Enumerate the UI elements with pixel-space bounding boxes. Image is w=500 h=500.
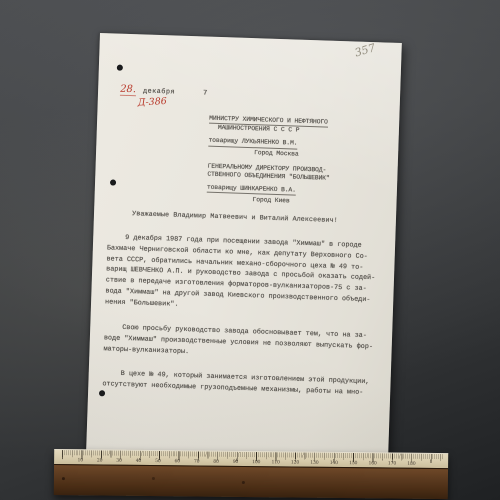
- ruler-number: 90: [233, 460, 239, 465]
- punch-hole: [99, 390, 105, 396]
- ruler-number: 150: [349, 461, 357, 466]
- letter-page: 357 28.декабря7 Д-386 МИНИСТРУ ХИМИЧЕСКО…: [86, 33, 402, 462]
- recipient-block-director: ГЕНЕРАЛЬНОМУ ДИРЕКТОРУ ПРОИЗВОД- СТВЕННО…: [206, 163, 382, 208]
- recipient-block-minister: МИНИСТРУ ХИМИЧЕСКОГО И НЕФТЯНОГО МАШИНОС…: [208, 115, 384, 162]
- ruler-number: 180: [407, 462, 415, 467]
- typed-mark: 7: [203, 89, 207, 97]
- paragraph-2: Свою просьбу руководство завода обосновы…: [103, 322, 376, 363]
- ruler-wood-body: [54, 464, 448, 499]
- salutation: Уважаемые Владимир Матвеевич и Виталий А…: [114, 210, 356, 226]
- ruler-number: 60: [174, 459, 180, 464]
- ruler-number: 80: [213, 460, 219, 465]
- ruler-number: 10: [77, 458, 83, 463]
- wooden-ruler: 1020304050607080901001101201301401501601…: [54, 449, 448, 499]
- typed-month: декабря: [143, 87, 175, 96]
- ruler-number: 140: [330, 461, 338, 466]
- photo-background: 357 28.декабря7 Д-386 МИНИСТРУ ХИМИЧЕСКО…: [0, 0, 500, 500]
- ruler-number: 160: [368, 461, 376, 466]
- ruler-number: 30: [116, 459, 122, 464]
- ruler-number: 110: [271, 460, 279, 465]
- ruler-number: 100: [252, 460, 260, 465]
- punch-hole: [110, 179, 116, 185]
- ruler-number: 130: [310, 461, 318, 466]
- handwritten-reference: Д-386: [137, 96, 167, 109]
- ruler-number: 40: [136, 459, 142, 464]
- ruler-number: 170: [388, 461, 396, 466]
- paragraph-3: В цехе № 49, который занимается изготовл…: [102, 368, 375, 399]
- ruler-number: 120: [291, 460, 299, 465]
- pencil-page-number: 357: [353, 41, 377, 59]
- ruler-number: 20: [97, 458, 103, 463]
- ruler-number: 50: [155, 459, 161, 464]
- paragraph-1: 9 декабря 1987 года при посещении завода…: [105, 232, 379, 317]
- punch-hole: [117, 65, 123, 71]
- ruler-number: 70: [194, 459, 200, 464]
- handwritten-day: 28.: [120, 84, 136, 97]
